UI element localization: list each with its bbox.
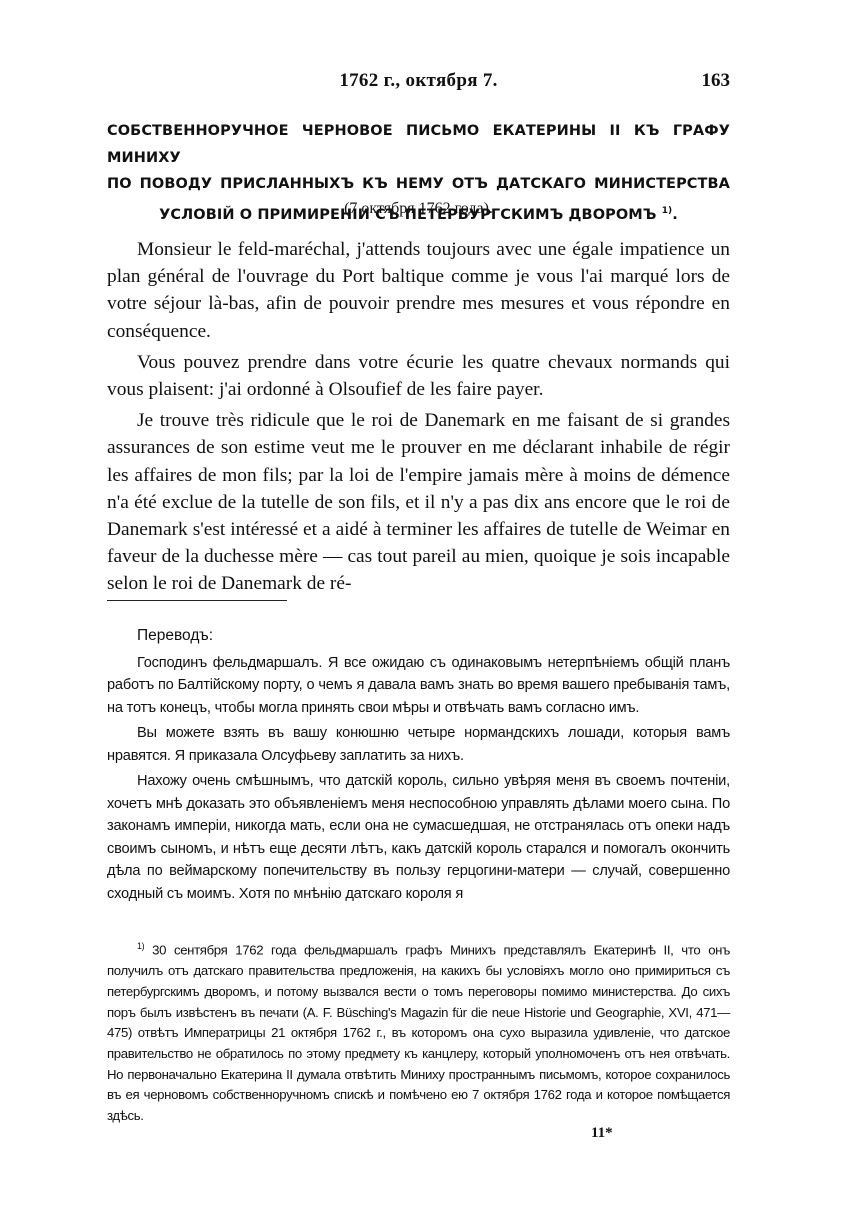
- translation-paragraph-2: Вы можете взять въ вашу конюшню четыре н…: [107, 722, 730, 767]
- translation-section: Переводъ: Господинъ фельдмаршалъ. Я все …: [107, 625, 730, 908]
- footnote-paragraph: 1) 30 сентября 1762 года фельдмаршалъ гр…: [107, 936, 730, 1127]
- dateline: (7 октября 1762 года).: [107, 200, 730, 218]
- letter-french: Monsieur le feld-maréchal, j'attends tou…: [107, 236, 730, 602]
- section-divider: [107, 600, 287, 601]
- running-head: 1762 г., октября 7. 163: [107, 70, 730, 94]
- page-number: 163: [702, 70, 731, 92]
- french-paragraph-1: Monsieur le feld-maréchal, j'attends tou…: [107, 236, 730, 345]
- footnote-text: 30 сентября 1762 года фельдмаршалъ графъ…: [107, 942, 730, 1123]
- translation-label: Переводъ:: [107, 625, 730, 648]
- running-head-title: 1762 г., октября 7.: [107, 70, 730, 92]
- heading-line-2: ПО ПОВОДУ ПРИСЛАННЫХЪ КЪ НЕМУ ОТЪ ДАТСКА…: [107, 171, 730, 198]
- french-paragraph-3: Je trouve très ridicule que le roi de Da…: [107, 407, 730, 597]
- footnote: 1) 30 сентября 1762 года фельдмаршалъ гр…: [107, 936, 730, 1127]
- french-paragraph-2: Vous pouvez prendre dans votre écurie le…: [107, 349, 730, 403]
- heading-line-1: СОБСТВЕННОРУЧНОЕ ЧЕРНОВОЕ ПИСЬМО ЕКАТЕРИ…: [107, 118, 730, 171]
- translation-paragraph-3: Нахожу очень смѣшнымъ, что датскій корол…: [107, 770, 730, 905]
- translation-paragraph-1: Господинъ фельдмаршалъ. Я все ожидаю съ …: [107, 652, 730, 720]
- signature-mark: 11*: [591, 1125, 613, 1142]
